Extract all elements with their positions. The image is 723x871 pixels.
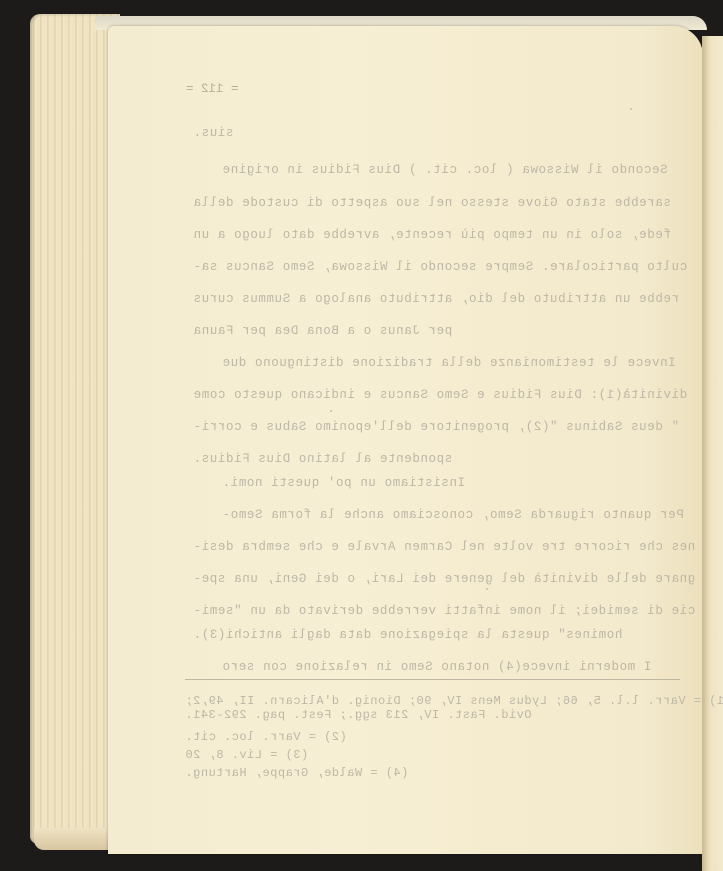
text-line: sarebbe stato Giove stesso nel suo aspet… (193, 196, 671, 210)
text-line: Insistiamo un po' questi nomi. (222, 476, 465, 490)
footnote: (3) = Liv. 8, 20 (185, 748, 308, 762)
footnote: (1) = Varr. l.l. 5, 66; Lydus Mens IV, 9… (185, 694, 723, 708)
footnote: (4) = Walde, Grappe, Hartung. (185, 766, 408, 780)
text-line: cie di semidei; il nome infatti verrebbe… (193, 604, 695, 618)
text-line: I moderni invece(4) notano Semo in relaz… (222, 660, 651, 674)
footnote-separator (185, 679, 680, 680)
text-line: " deus Sabinus "(2), progenitore dell'ep… (193, 420, 679, 434)
text-line: nes che ricorre tre volte nel Carmen Arv… (193, 540, 695, 554)
facing-page-edge (702, 36, 723, 871)
text-line: fede, solo in un tempo più recente, avre… (193, 228, 671, 242)
text-line: sius. (193, 126, 234, 140)
text-line: divinità(1): Dius Fidius e Semo Sancus e… (193, 388, 687, 402)
text-line: spondente al latino Dius Fidius. (193, 452, 452, 466)
paper-speck (486, 588, 488, 590)
text-line: culto particolare. Sempre secondo il Wis… (193, 260, 687, 274)
page-stack-edges (30, 14, 120, 844)
text-line: gnare delle divinità del genere dei Lari… (193, 572, 695, 586)
paper-speck (330, 410, 332, 412)
text-line: Per quanto riguarda Semo, conosciamo anc… (222, 508, 684, 522)
paper-speck (630, 108, 632, 110)
text-line: rebbe un attributo del dio, attributo an… (193, 292, 679, 306)
text-line: per Janus o a Bona Dea per Fauna (193, 324, 452, 338)
page-number: = 112 = (186, 82, 239, 96)
text-line: Secondo il Wissowa ( loc. cit. ) Dius Fi… (222, 163, 668, 177)
text-line: Invece le testimonianze della tradizione… (222, 356, 676, 370)
text-line: homines" questa la spiegazione data dagl… (193, 628, 622, 642)
footnote: Ovid. Fast. IV, 213 sgg.; Fest. pag. 292… (185, 708, 562, 722)
footnote: (2) = Varr. loc. cit. (185, 730, 347, 744)
